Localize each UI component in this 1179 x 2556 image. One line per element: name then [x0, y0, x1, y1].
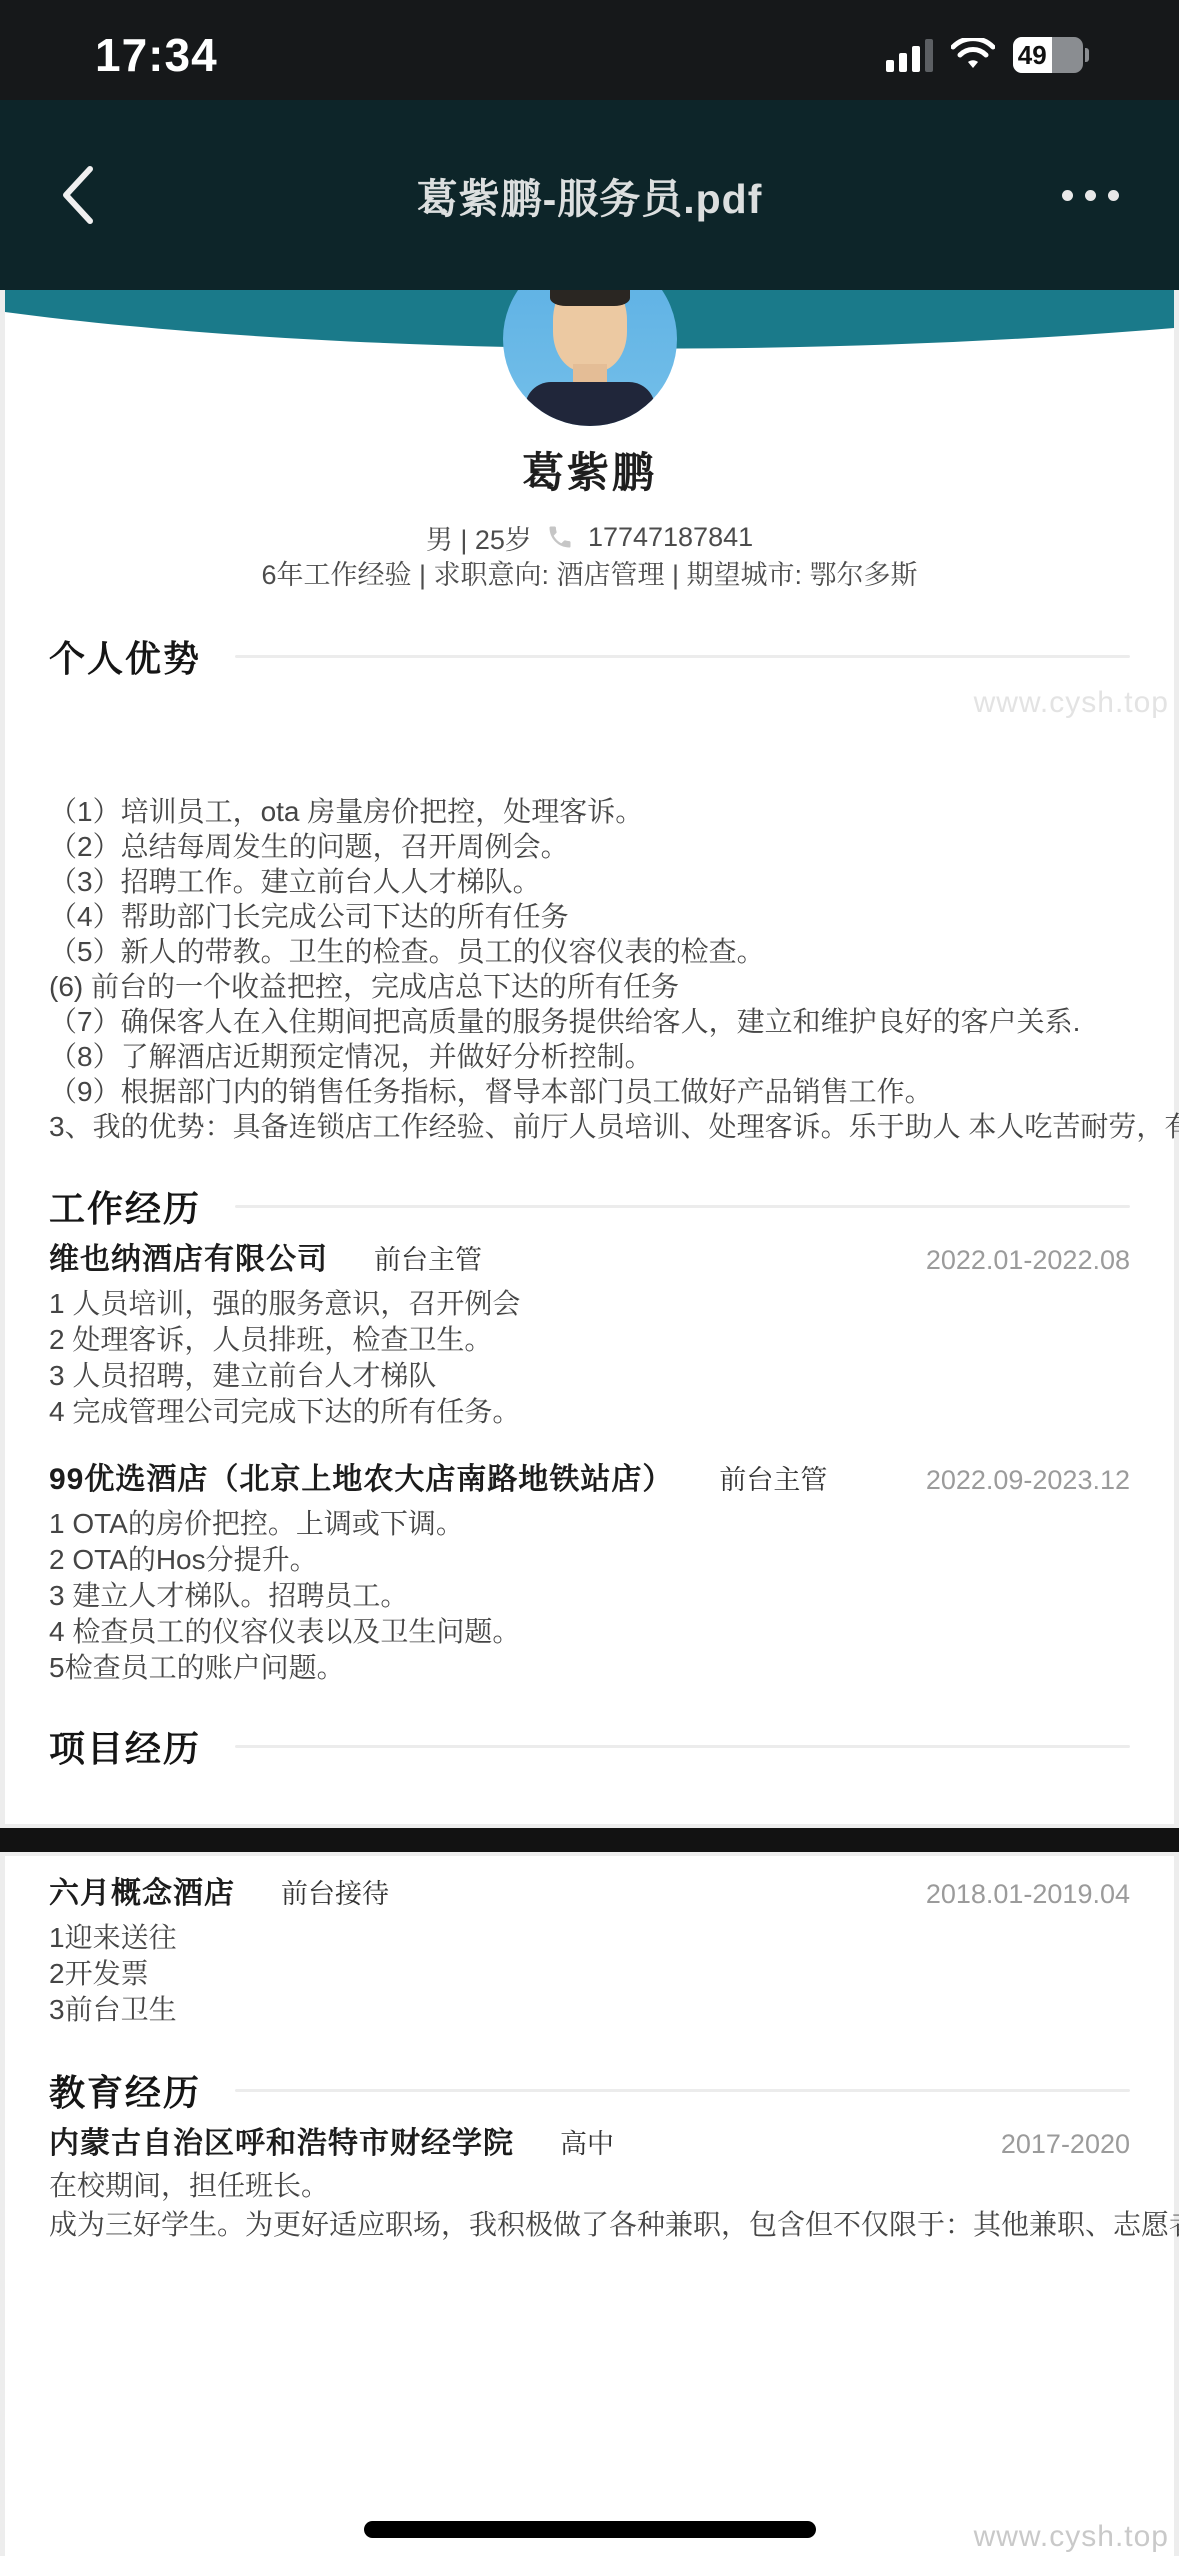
basic-info-row: 男 | 25岁 17747187841: [49, 520, 1130, 554]
cellular-signal-icon: [886, 38, 933, 72]
section-title: 教育经历: [49, 2065, 201, 2116]
nav-bar: 葛紫鹏-服务员.pdf: [0, 100, 1179, 290]
job-title: 前台主管: [719, 1462, 827, 1498]
list-item: 3前台卫生: [49, 1992, 1130, 2028]
list-item: （9）根据部门内的销售任务指标，督导本部门员工做好产品销售工作。: [49, 1074, 1130, 1109]
list-item: 2 OTA的Hos分提升。: [49, 1542, 1130, 1578]
section-divider: [235, 1205, 1130, 1208]
list-item: 2开发票: [49, 1956, 1130, 1992]
list-item: （4）帮助部门长完成公司下达的所有任务: [49, 899, 1130, 934]
section-education: 教育经历: [49, 2068, 1130, 2112]
section-divider: [235, 655, 1130, 658]
list-item: 5检查员工的账户问题。: [49, 1650, 1130, 1686]
document-title: 葛紫鹏-服务员.pdf: [0, 166, 1179, 225]
more-options-button[interactable]: [1062, 160, 1119, 230]
education-entry-header: 内蒙古自治区呼和浩特市财经学院 高中 2017-2020: [49, 2126, 1130, 2162]
list-item: 4 完成管理公司完成下达的所有任务。: [49, 1394, 1130, 1430]
list-item: （8）了解酒店近期预定情况，并做好分析控制。: [49, 1039, 1130, 1074]
section-title: 项目经历: [49, 1721, 201, 1772]
list-item: （5）新人的带教。卫生的检查。员工的仪容仪表的检查。: [49, 934, 1130, 969]
section-divider: [235, 1745, 1130, 1748]
phone-number: 17747187841: [588, 522, 753, 553]
section-title: 工作经历: [49, 1181, 201, 1232]
project-name: 六月概念酒店: [49, 1876, 235, 1912]
home-indicator[interactable]: [364, 2521, 816, 2538]
list-item: （1）培训员工，ota 房量房价把控，处理客诉。: [49, 794, 1130, 829]
list-item: 3、我的优势：具备连锁店工作经验、前厅人员培训、处理客诉。乐于助人 本人吃苦耐劳…: [49, 1109, 1130, 1144]
list-item: 3 建立人才梯队。招聘员工。: [49, 1578, 1130, 1614]
date-range: 2022.09-2023.12: [926, 1462, 1130, 1498]
list-item: 成为三好学生。为更好适应职场，我积极做了各种兼职，包含但不仅限于：其他兼职、志愿…: [49, 2205, 1130, 2244]
list-item: 1迎来送往: [49, 1920, 1130, 1956]
date-range: 2018.01-2019.04: [926, 1876, 1130, 1912]
clock: 17:34: [95, 28, 218, 82]
degree-level: 高中: [560, 2126, 614, 2162]
school-name: 内蒙古自治区呼和浩特市财经学院: [49, 2126, 514, 2162]
phone-screen: 17:34 49 葛紫鹏-服务员.pdf: [0, 0, 1179, 2556]
list-item: 1 人员培训，强的服务意识，召开例会: [49, 1286, 1130, 1322]
wifi-icon: [951, 38, 995, 72]
list-item: 1 OTA的房价把控。上调或下调。: [49, 1506, 1130, 1542]
work-entry-bullets: 1 人员培训，强的服务意识，召开例会 2 处理客诉，人员排班，检查卫生。 3 人…: [49, 1286, 1130, 1430]
company-name: 维也纳酒店有限公司: [49, 1242, 328, 1278]
list-item: (6) 前台的一个收益把控，完成店总下达的所有任务: [49, 969, 1130, 1004]
section-work-experience: 工作经历: [49, 1184, 1130, 1228]
ellipsis-icon: [1062, 190, 1073, 201]
list-item: 3 人员招聘，建立前台人才梯队: [49, 1358, 1130, 1394]
date-range: 2017-2020: [1001, 2126, 1130, 2162]
list-item: （3）招聘工作。建立前台人人才梯队。: [49, 864, 1130, 899]
list-item: 4 检查员工的仪容仪表以及卫生问题。: [49, 1614, 1130, 1650]
section-title: 个人优势: [49, 631, 201, 682]
work-entry-bullets: 1 OTA的房价把控。上调或下调。 2 OTA的Hos分提升。 3 建立人才梯队…: [49, 1506, 1130, 1686]
status-icons: 49: [886, 37, 1089, 73]
gender-age: 男 | 25岁: [426, 518, 532, 557]
advantage-list: （1）培训员工，ota 房量房价把控，处理客诉。 （2）总结每周发生的问题，召开…: [49, 794, 1130, 1144]
pdf-page-1: 葛紫鹏 男 | 25岁 17747187841 6年工作经验 | 求职意向: 酒…: [5, 290, 1174, 1824]
page-break-band: [0, 1828, 1179, 1852]
ellipsis-icon: [1085, 190, 1096, 201]
list-item: （2）总结每周发生的问题，召开周例会。: [49, 829, 1130, 864]
watermark: www.cysh.top: [974, 2520, 1169, 2554]
project-entry-header: 六月概念酒店 前台接待 2018.01-2019.04: [49, 1876, 1130, 1912]
section-personal-advantage: 个人优势: [49, 634, 1130, 678]
status-bar: 17:34 49: [0, 0, 1179, 100]
list-item: 2 处理客诉，人员排班，检查卫生。: [49, 1322, 1130, 1358]
avatar-shoulders: [525, 382, 655, 426]
project-entry-bullets: 1迎来送往 2开发票 3前台卫生: [49, 1920, 1130, 2028]
date-range: 2022.01-2022.08: [926, 1242, 1130, 1278]
ellipsis-icon: [1108, 190, 1119, 201]
resume-body: 葛紫鹏 男 | 25岁 17747187841 6年工作经验 | 求职意向: 酒…: [5, 440, 1174, 1768]
education-notes: 在校期间，担任班长。 成为三好学生。为更好适应职场，我积极做了各种兼职，包含但不…: [49, 2166, 1130, 2244]
list-item: （7）确保客人在入住期间把高质量的服务提供给客人，建立和维护良好的客户关系.: [49, 1004, 1130, 1039]
project-role: 前台接待: [281, 1876, 389, 1912]
candidate-name: 葛紫鹏: [49, 440, 1130, 500]
company-name: 99优选酒店（北京上地农大店南路地铁站店）: [49, 1462, 673, 1498]
battery-icon: 49: [1013, 37, 1089, 73]
resume-body-2: 六月概念酒店 前台接待 2018.01-2019.04 1迎来送往 2开发票 3…: [5, 1856, 1174, 2244]
battery-percent: 49: [1018, 40, 1047, 71]
list-item: 在校期间，担任班长。: [49, 2166, 1130, 2205]
section-divider: [235, 2089, 1130, 2092]
pdf-page-2: 六月概念酒店 前台接待 2018.01-2019.04 1迎来送往 2开发票 3…: [5, 1856, 1174, 2556]
summary-line: 6年工作经验 | 求职意向: 酒店管理 | 期望城市: 鄂尔多斯: [49, 558, 1130, 592]
section-project-experience: 项目经历: [49, 1724, 1130, 1768]
work-entry-header: 维也纳酒店有限公司 前台主管 2022.01-2022.08: [49, 1242, 1130, 1278]
watermark: www.cysh.top: [974, 686, 1169, 720]
phone-icon: [546, 523, 574, 551]
job-title: 前台主管: [374, 1242, 482, 1278]
work-entry-header: 99优选酒店（北京上地农大店南路地铁站店） 前台主管 2022.09-2023.…: [49, 1462, 1130, 1498]
